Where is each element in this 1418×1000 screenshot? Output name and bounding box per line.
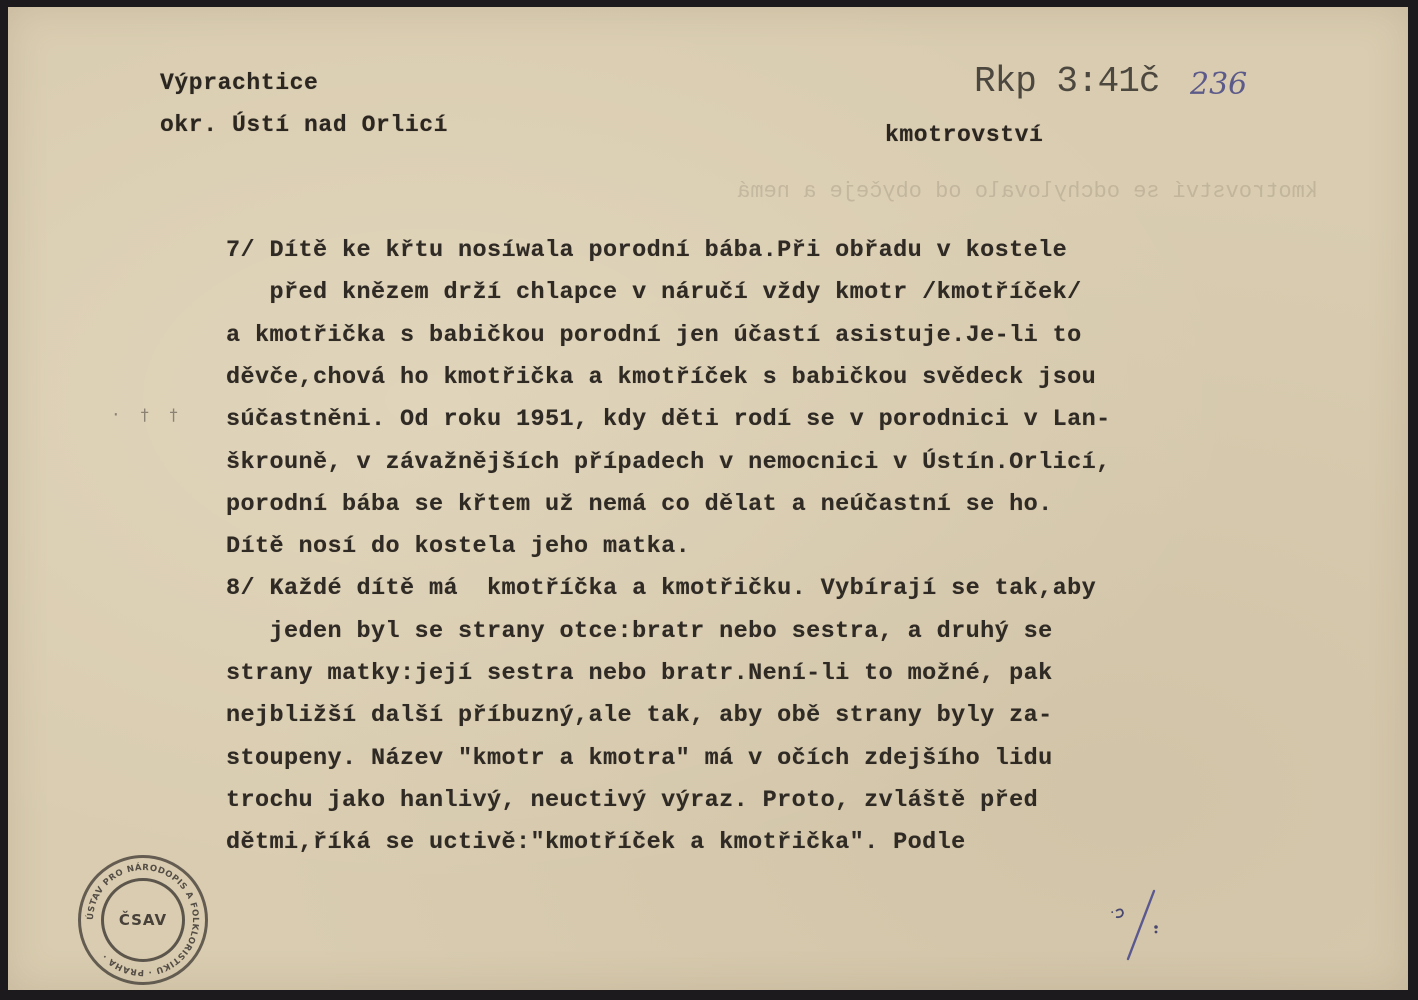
header-topic: kmotrovství bbox=[885, 122, 1043, 148]
index-card: kmotrovství se odchylovalo od obyčeje a … bbox=[8, 7, 1408, 990]
catalog-number-handwritten: 236 bbox=[1190, 67, 1247, 102]
body-line: Dítě nosí do kostela jeho matka. bbox=[226, 533, 690, 560]
body-line: jeden byl se strany otce:bratr nebo sest… bbox=[226, 618, 1053, 645]
body-line: 7/ Dítě ke křtu nosíwala porodní bába.Př… bbox=[226, 237, 1067, 264]
body-line: stoupeny. Název "kmotr a kmotra" má v oč… bbox=[226, 745, 1053, 772]
page-continuation-mark: · bbox=[1106, 885, 1176, 965]
body-line: strany matky:její sestra nebo bratr.Není… bbox=[226, 660, 1053, 687]
body-line: před knězem drží chlapce v náručí vždy k… bbox=[226, 279, 1082, 306]
stamp-inner-ring: ČSAV bbox=[101, 878, 185, 962]
body-line: dětmi,říká se uctivě:"kmotříček a kmotři… bbox=[226, 829, 966, 856]
header-place: Výprachtice bbox=[160, 70, 318, 96]
header-district: okr. Ústí nad Orlicí bbox=[160, 112, 448, 138]
body-line: nejbližší další příbuzný,ale tak, aby ob… bbox=[226, 702, 1053, 729]
body-line: súčastněni. Od roku 1951, kdy děti rodí … bbox=[226, 406, 1111, 433]
edge-marks: · † † bbox=[111, 405, 178, 424]
body-line: 8/ Každé dítě má kmotříčka a kmotřičku. … bbox=[226, 575, 1096, 602]
stamp-center-text: ČSAV bbox=[119, 911, 167, 929]
institution-stamp: ÚSTAV PRO NÁRODOPIS A FOLKLORISTIKU · PR… bbox=[78, 855, 208, 985]
body-line: škrouně, v závažnějších případech v nemo… bbox=[226, 449, 1111, 476]
body-line: a kmotřička s babičkou porodní jen účast… bbox=[226, 322, 1082, 349]
svg-text:·: · bbox=[1110, 905, 1114, 921]
body-line: porodní bába se křtem už nemá co dělat a… bbox=[226, 491, 1053, 518]
catalog-number-stamp: Rkp 3:41č bbox=[974, 61, 1159, 102]
body-line: děvče,chová ho kmotřička a kmotříček s b… bbox=[226, 364, 1096, 391]
body-line: trochu jako hanlivý, neuctivý výraz. Pro… bbox=[226, 787, 1038, 814]
bleed-through-text: kmotrovství se odchylovalo od obyčeje a … bbox=[737, 179, 1318, 204]
